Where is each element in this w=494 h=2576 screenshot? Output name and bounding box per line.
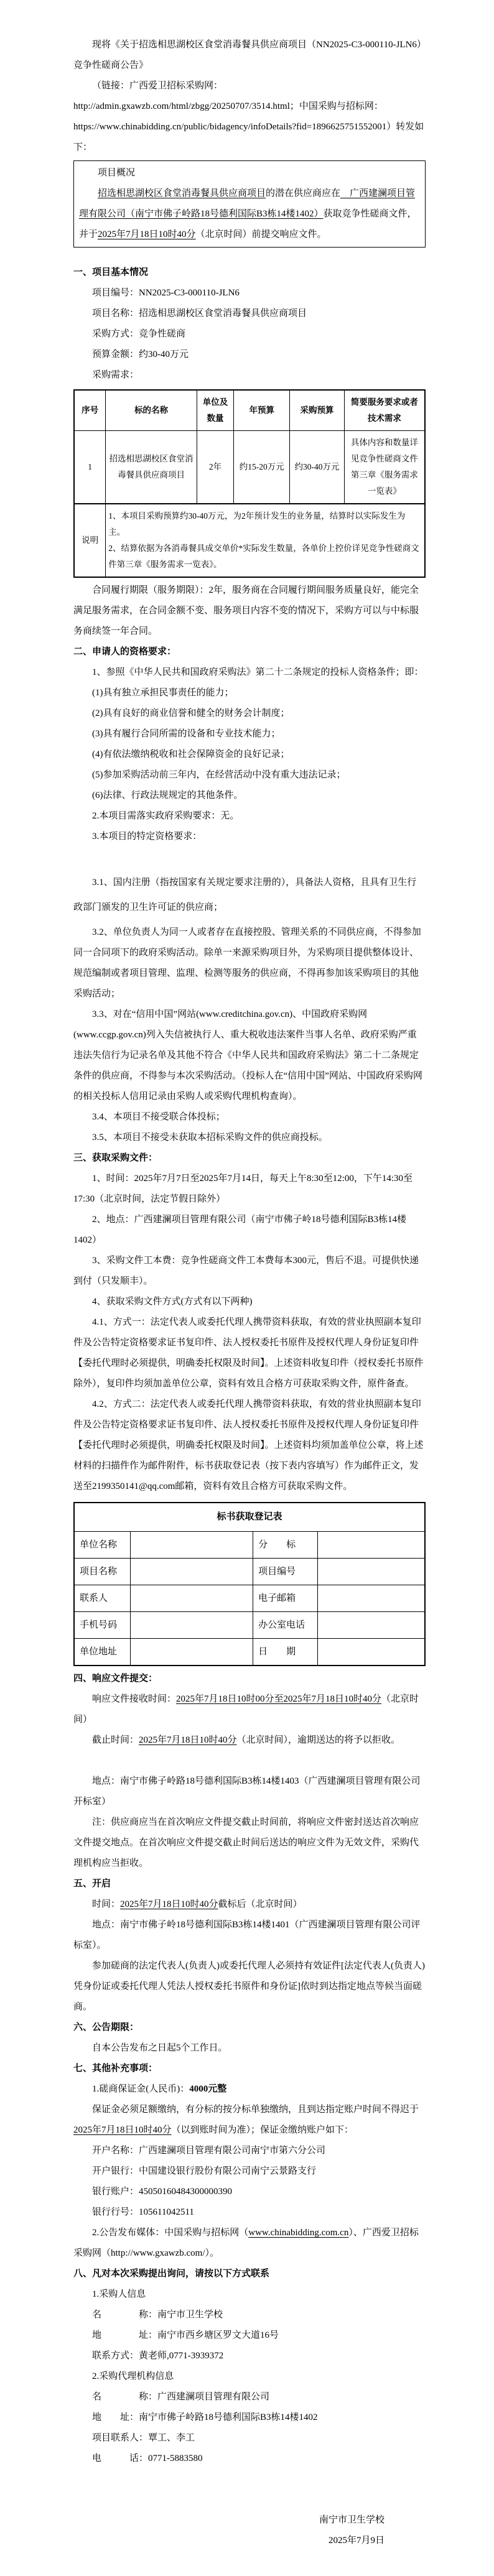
registration-label-unit-name: 单位名称 bbox=[74, 1532, 130, 1559]
registration-value-cell bbox=[130, 1532, 253, 1559]
registration-label-email: 电子邮箱 bbox=[253, 1585, 318, 1612]
qualification-item: (6)法律、行政法规规定的其他条件。 bbox=[73, 785, 426, 806]
registration-label-unit-address: 单位地址 bbox=[74, 1639, 130, 1666]
buyer-name-line: 名 称：南宁市卫生学校 bbox=[73, 2305, 426, 2325]
overview-deadline: 2025年7月18日10时40分 bbox=[98, 229, 196, 239]
overview-paragraph: 招选相思湖校区食堂消毒餐具供应商项目的潜在供应商应在 广西建澜项目管理有限公司（… bbox=[79, 183, 420, 245]
section-5-heading: 五、开启 bbox=[73, 1874, 426, 1894]
registration-label-project-number: 项目编号 bbox=[253, 1559, 318, 1585]
registration-value-cell bbox=[318, 1559, 425, 1585]
section-7-supplementary: 七、其他补充事项： 1.磋商保证金(人民币)：4000元整 保证金必须足额缴纳，… bbox=[73, 2059, 426, 2264]
obtain-method-item: 4、获取采购文件方式(方式有以下两种) bbox=[73, 1292, 426, 1312]
overview-text-3: （北京时间）前提交响应文件。 bbox=[196, 229, 327, 239]
obtain-method-2-item: 4.2、方式二：法定代表人或委托代理人携带资料获取，有效的营业执照副本复印件及公… bbox=[73, 1394, 426, 1497]
deadline-time: 2025年7月18日10时40分 bbox=[139, 1735, 237, 1745]
registration-value-cell bbox=[130, 1559, 253, 1585]
agency-contact-line: 项目联系人：覃工、李工 bbox=[73, 2428, 426, 2449]
deposit-payment-text: 保证金必须足额缴纳，有分标的按分标单独缴纳，且到达指定账户时间不得迟于 bbox=[92, 2105, 419, 2115]
registration-label-office-phone: 办公室电话 bbox=[253, 1612, 318, 1639]
section-2-qualifications: 二、申请人的资格要求： 1、参照《中华人民共和国政府采购法》第二十二条规定的投标… bbox=[73, 642, 426, 1148]
registration-table-title: 标书获取登记表 bbox=[74, 1503, 425, 1532]
registration-value-cell bbox=[318, 1532, 425, 1559]
submission-note-paragraph: 注：供应商应当在首次响应文件提交截止时间前，将响应文件密封送达首次响应文件提交地… bbox=[73, 1812, 426, 1874]
signer-name: 南宁市卫生学校 bbox=[73, 2510, 384, 2531]
registration-value-cell bbox=[318, 1585, 425, 1612]
section-4-response-submission: 四、响应文件提交： 响应文件接收时间：2025年7月18日10时00分至2025… bbox=[73, 1669, 426, 1874]
agency-name-line: 名 称：广西建澜项目管理有限公司 bbox=[73, 2387, 426, 2407]
registration-label-date: 日 期 bbox=[253, 1639, 318, 1666]
registration-row: 项目名称 项目编号 bbox=[74, 1559, 425, 1585]
project-number-line: 项目编号：NN2025-C3-000110-JLN6 bbox=[73, 283, 426, 303]
response-receive-time-line: 响应文件接收时间：2025年7月18日10时00分至2025年7月18日10时4… bbox=[73, 1689, 426, 1730]
header-seq: 序号 bbox=[74, 390, 106, 431]
registration-label-mobile: 手机号码 bbox=[74, 1612, 130, 1639]
header-unit-qty: 单位及数量 bbox=[197, 390, 233, 431]
contract-term-paragraph: 合同履行期限（服务期限）：2年，服务商在合同履行期间服务质量良好，能完全满足服务… bbox=[73, 580, 426, 642]
buyer-address-line: 地 址：南宁市西乡塘区罗文大道16号 bbox=[73, 2325, 426, 2346]
deposit-payment-paragraph: 保证金必须足额缴纳，有分标的按分标单独缴纳，且到达指定账户时间不得迟于2025年… bbox=[73, 2100, 426, 2141]
opening-time: 2025年7月18日10时40分 bbox=[120, 1899, 218, 1909]
spacer bbox=[73, 2469, 426, 2490]
section-8-contact: 八、凡对本次采购提出询问，请按以下方式联系 1.采购人信息 名 称：南宁市卫生学… bbox=[73, 2264, 426, 2469]
spacer bbox=[73, 2490, 426, 2510]
qualification-item: (1)具有独立承担民事责任的能力； bbox=[73, 683, 426, 703]
bid-document-registration-table: 标书获取登记表 单位名称 分 标 项目名称 项目编号 联系人 电子邮箱 bbox=[73, 1502, 426, 1666]
cell-annual-budget: 约15-20万元 bbox=[234, 431, 290, 504]
header-subject: 标的名称 bbox=[106, 390, 197, 431]
deadline-suffix: （北京时间），逾期送达的将予以拒收。 bbox=[237, 1735, 401, 1745]
section-7-heading: 七、其他补充事项： bbox=[73, 2059, 426, 2079]
agency-phone-line: 电 话：0771-5883580 bbox=[73, 2449, 426, 2469]
registration-row: 联系人 电子邮箱 bbox=[74, 1585, 425, 1612]
chinabidding-link[interactable]: www.chinabidding.com.cn bbox=[248, 2228, 348, 2238]
submission-location-paragraph: 地点：南宁市佛子岭路18号德利国际B3栋14楼1403（广西建澜项目管理有限公司… bbox=[73, 1771, 426, 1812]
specific-qualification-3-4: 3.4、本项目不接受联合体投标； bbox=[73, 1107, 426, 1128]
agency-info-title: 2.采购代理机构信息 bbox=[73, 2366, 426, 2387]
procurement-announcement-document: 现将《关于招选相思湖校区食堂消毒餐具供应商项目（NN2025-C3-000110… bbox=[0, 0, 494, 2576]
section-3-heading: 三、获取采购文件： bbox=[73, 1148, 426, 1169]
qualification-item: (3)具有履行合同所需的设备和专业技术能力； bbox=[73, 724, 426, 744]
requirement-line: 采购需求： bbox=[73, 365, 426, 386]
section-1-heading: 一、项目基本情况 bbox=[73, 262, 426, 283]
receive-time-label: 响应文件接收时间： bbox=[92, 1694, 176, 1704]
section-6-announcement-period: 六、公告期限： 自本公告发布之日起5个工作日。 bbox=[73, 2018, 426, 2059]
specific-qualification-3-5: 3.5、本项目不接受未获取本招标采购文件的供应商投标。 bbox=[73, 1128, 426, 1148]
registration-label-project-name: 项目名称 bbox=[74, 1559, 130, 1585]
opening-location-paragraph: 地点：南宁市佛子岭18号德利国际B3栋14楼1401（广西建澜项目管理有限公司评… bbox=[73, 1915, 426, 1956]
specific-qualification-3-3: 3.3、对在“信用中国”网站(www.creditchina.gov.cn)、中… bbox=[73, 1004, 426, 1107]
cell-subject: 招选相思湖校区食堂消毒餐具供应商项目 bbox=[106, 431, 197, 504]
section-5-opening: 五、开启 时间：2025年7月18日10时40分截标后（北京时间） 地点：南宁市… bbox=[73, 1874, 426, 2018]
registration-label-contact: 联系人 bbox=[74, 1585, 130, 1612]
deposit-line: 1.磋商保证金(人民币)：4000元整 bbox=[73, 2079, 426, 2100]
note-content-cell: 1、本项目采购预算约30-40万元，为2年预计发生的业务量，结算时以实际发生为主… bbox=[106, 504, 425, 577]
media-text: 2.公告发布媒体：中国采购与招标网（ bbox=[92, 2228, 248, 2238]
cell-procurement-budget: 约30-40万元 bbox=[290, 431, 344, 504]
deposit-deadline: 2025年7月18日10时40分 bbox=[73, 2125, 172, 2135]
intro-paragraph-links: （链接：广西爱卫招标采购网：http://admin.gxawzb.com/ht… bbox=[73, 76, 426, 158]
section-3-obtain-documents: 三、获取采购文件： 1、时间：2025年7月7日至2025年7月14日，每天上午… bbox=[73, 1148, 426, 1666]
spacer bbox=[73, 1751, 426, 1771]
project-overview-box: 项目概况 招选相思湖校区食堂消毒餐具供应商项目的潜在供应商应在 广西建澜项目管理… bbox=[73, 160, 426, 248]
obtain-location-item: 2、地点：广西建澜项目管理有限公司（南宁市佛子岭18号德利国际B3栋14楼140… bbox=[73, 1210, 426, 1251]
deposit-payment-suffix: （以到账时间为准）；保证金缴纳账户如下： bbox=[172, 2125, 354, 2135]
qualification-item: 3.本项目的特定资格要求： bbox=[73, 827, 426, 847]
section-6-heading: 六、公告期限： bbox=[73, 2018, 426, 2038]
intro-paragraph-title: 现将《关于招选相思湖校区食堂消毒餐具供应商项目（NN2025-C3-000110… bbox=[73, 35, 426, 76]
registration-value-cell bbox=[130, 1639, 253, 1666]
buyer-contact-line: 联系方式：黄老师,0771-3939372 bbox=[73, 2346, 426, 2366]
budget-line: 预算金额：约30-40万元 bbox=[73, 345, 426, 365]
section-1-basic-info: 一、项目基本情况 项目编号：NN2025-C3-000110-JLN6 项目名称… bbox=[73, 262, 426, 642]
account-bank-line: 开户银行：中国建设银行股份有限公司南宁云景路支行 bbox=[73, 2161, 426, 2182]
announcement-period-paragraph: 自本公告发布之日起5个工作日。 bbox=[73, 2038, 426, 2059]
buyer-info-title: 1.采购人信息 bbox=[73, 2284, 426, 2305]
section-4-heading: 四、响应文件提交： bbox=[73, 1669, 426, 1689]
deadline-label: 截止时间： bbox=[92, 1735, 139, 1745]
obtain-time-item: 1、时间：2025年7月7日至2025年7月14日，每天上午8:30至12:00… bbox=[73, 1169, 426, 1210]
cell-seq: 1 bbox=[74, 431, 106, 504]
note-label-cell: 说明 bbox=[74, 504, 106, 577]
qualification-item: (2)具有良好的商业信誉和健全的财务会计制度； bbox=[73, 703, 426, 724]
specific-qualification-3-2: 3.2、单位负责人为同一人或者存在直接控股、管理关系的不同供应商，不得参加同一合… bbox=[73, 922, 426, 1004]
section-2-heading: 二、申请人的资格要求： bbox=[73, 642, 426, 662]
opening-note-paragraph: 参加磋商的法定代表人(负责人)或委托代理人必须持有效证件[法定代表人(负责人)凭… bbox=[73, 1956, 426, 2018]
overview-title: 项目概况 bbox=[79, 163, 420, 183]
obtain-method-1-item: 4.1、方式一：法定代表人或委托代理人携带资料获取，有效的营业执照副本复印件及公… bbox=[73, 1312, 426, 1394]
cell-unit-qty: 2年 bbox=[197, 431, 233, 504]
spacer bbox=[73, 847, 426, 868]
account-name-line: 开户名称：广西建澜项目管理有限公司南宁市第六分公司 bbox=[73, 2141, 426, 2161]
bank-code-line: 银行行号：105611042511 bbox=[73, 2202, 426, 2223]
cell-service-requirements: 具体内容和数量详见竞争性磋商文件第三章《服务需求一览表》 bbox=[344, 431, 425, 504]
agency-address-line: 地 址：南宁市佛子岭路18号德利国际B3栋14楼1402 bbox=[73, 2407, 426, 2428]
qualification-item: 2.本项目需落实政府采购要求：无。 bbox=[73, 806, 426, 827]
registration-value-cell bbox=[130, 1612, 253, 1639]
header-service-requirements: 简要服务要求或者技术需求 bbox=[344, 390, 425, 431]
project-name-line: 项目名称：招选相思湖校区食堂消毒餐具供应商项目 bbox=[73, 303, 426, 324]
registration-label-lot: 分 标 bbox=[253, 1532, 318, 1559]
registration-row: 单位地址 日 期 bbox=[74, 1639, 425, 1666]
qualification-item: 1、参照《中华人民共和国政府采购法》第二十二条规定的投标人资格条件；即： bbox=[73, 662, 426, 683]
opening-time-line: 时间：2025年7月18日10时40分截标后（北京时间） bbox=[73, 1894, 426, 1915]
deposit-label: 1.磋商保证金(人民币)： bbox=[92, 2084, 189, 2094]
table-note-row: 说明 1、本项目采购预算约30-40万元，为2年预计发生的业务量，结算时以实际发… bbox=[74, 504, 425, 577]
registration-row: 单位名称 分 标 bbox=[74, 1532, 425, 1559]
table-header-row: 序号 标的名称 单位及数量 年预算 采购预算 简要服务要求或者技术需求 bbox=[74, 390, 425, 431]
document-signature-block: 南宁市卫生学校 2025年7月9日 bbox=[73, 2510, 426, 2551]
response-deadline-line: 截止时间：2025年7月18日10时40分（北京时间），逾期送达的将予以拒收。 bbox=[73, 1730, 426, 1751]
section-8-heading: 八、凡对本次采购提出询问，请按以下方式联系 bbox=[73, 2264, 426, 2284]
opening-time-label: 时间： bbox=[92, 1899, 120, 1909]
note-line-2: 2、结算依据为各消毒餐具成交单价*实际发生数量，各单价上控价详见竞争性磋商文件第… bbox=[108, 540, 422, 573]
media-paragraph: 2.公告发布媒体：中国采购与招标网（www.chinabidding.com.c… bbox=[73, 2223, 426, 2264]
procurement-requirements-table: 序号 标的名称 单位及数量 年预算 采购预算 简要服务要求或者技术需求 1 招选… bbox=[73, 389, 426, 578]
header-annual-budget: 年预算 bbox=[234, 390, 290, 431]
spacer bbox=[73, 254, 426, 262]
registration-row: 手机号码 办公室电话 bbox=[74, 1612, 425, 1639]
registration-title-row: 标书获取登记表 bbox=[74, 1503, 425, 1532]
qualification-item: (5)参加采购活动前三年内，在经营活动中没有重大违法记录； bbox=[73, 765, 426, 785]
account-number-line: 银行账户：45050160484300000390 bbox=[73, 2182, 426, 2202]
deposit-amount: 4000元整 bbox=[189, 2084, 226, 2094]
overview-project-name: 招选相思湖校区食堂消毒餐具供应商项目 bbox=[98, 188, 266, 198]
overview-text-1: 的潜在供应商应在 bbox=[266, 188, 340, 198]
procurement-method-line: 采购方式：竞争性磋商 bbox=[73, 324, 426, 345]
registration-value-cell bbox=[130, 1585, 253, 1612]
registration-value-cell bbox=[318, 1612, 425, 1639]
header-procurement-budget: 采购预算 bbox=[290, 390, 344, 431]
signature-date: 2025年7月9日 bbox=[73, 2531, 384, 2551]
qualification-item: (4)有依法缴纳税收和社会保障资金的良好记录； bbox=[73, 744, 426, 765]
table-data-row: 1 招选相思湖校区食堂消毒餐具供应商项目 2年 约15-20万元 约30-40万… bbox=[74, 431, 425, 504]
opening-time-suffix: 截标后（北京时间） bbox=[218, 1899, 302, 1909]
registration-value-cell bbox=[318, 1639, 425, 1666]
note-line-1: 1、本项目采购预算约30-40万元，为2年预计发生的业务量，结算时以实际发生为主… bbox=[108, 508, 422, 540]
specific-qualification-3-1: 3.1、国内注册（指按国家有关规定要求注册的），具备法人资格，且具有卫生行政部门… bbox=[73, 870, 426, 920]
document-fee-item: 3、采购文件工本费：竞争性磋商文件工本费每本300元，售后不退。可提供快递到付（… bbox=[73, 1251, 426, 1292]
receive-time-range: 2025年7月18日10时00分至2025年7月18日10时40分 bbox=[176, 1694, 381, 1704]
